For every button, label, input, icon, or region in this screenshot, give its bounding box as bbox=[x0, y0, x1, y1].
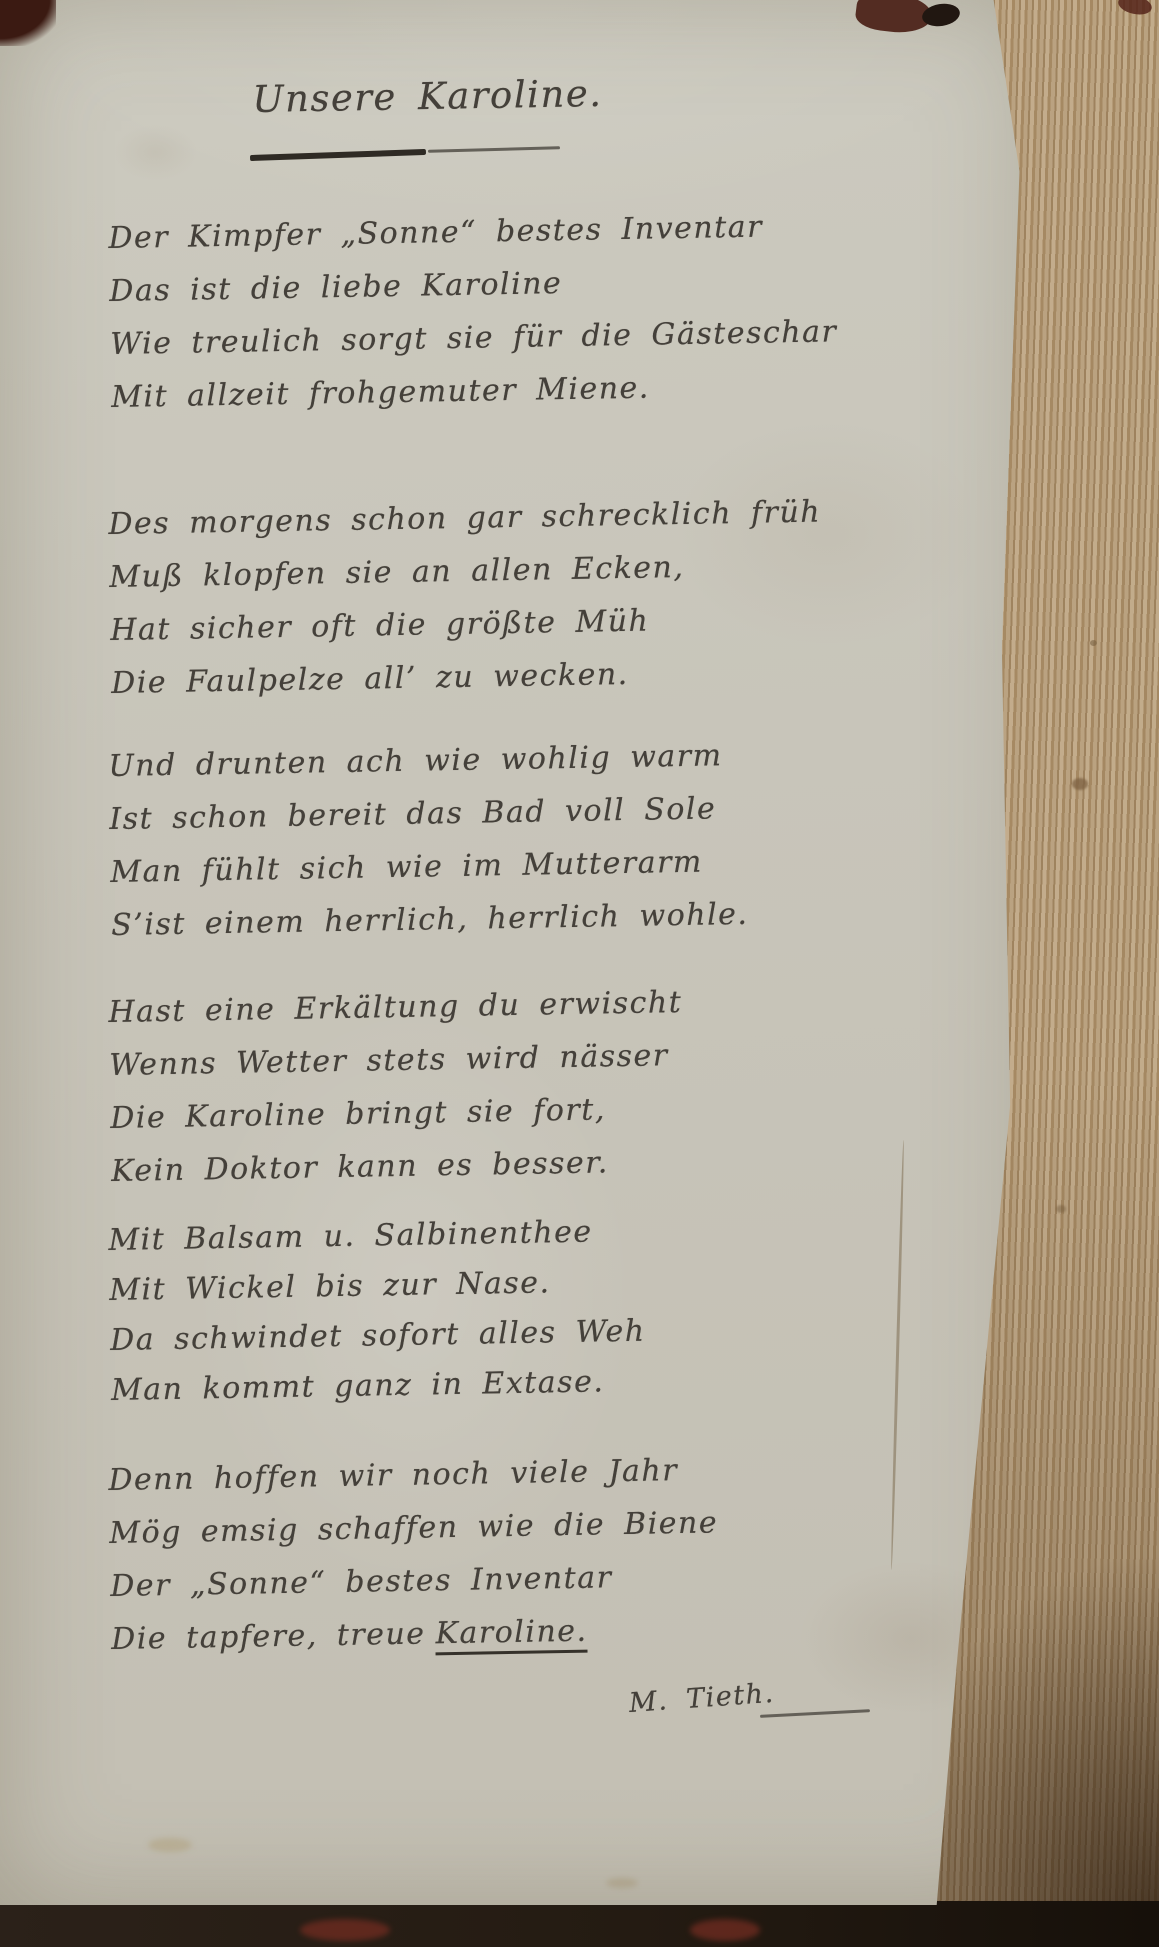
manuscript-photo: Unsere Karoline. Der Kimpfer „Sonne“ bes… bbox=[0, 0, 1159, 1947]
paper-stain bbox=[1090, 640, 1097, 646]
poem-line: Mög emsig schaffen wie die Biene bbox=[109, 1496, 719, 1560]
paper-stain bbox=[1056, 1205, 1066, 1213]
poem-line: Mit Balsam u. Salbinenthee bbox=[108, 1207, 644, 1266]
poem-final-line: Die tapfere, treueKaroline. bbox=[111, 1602, 721, 1666]
final-line-underlined-name: Karoline. bbox=[435, 1614, 588, 1656]
book-bottom-edge bbox=[0, 1901, 1159, 1947]
stanza-4: Hast eine Erkältung du erwischt Wenns We… bbox=[108, 976, 685, 1198]
stanza-6: Denn hoffen wir noch viele Jahr Mög emsi… bbox=[108, 1443, 720, 1666]
poem-title: Unsere Karoline. bbox=[252, 72, 603, 121]
poem-line: Kein Doktor kann es besser. bbox=[111, 1135, 686, 1198]
poem-line: S’ist einem herrlich, herrlich wohle. bbox=[111, 888, 749, 952]
stanza-2: Des morgens schon gar schrecklich früh M… bbox=[108, 486, 824, 710]
bottom-edge-red-mark bbox=[690, 1919, 760, 1941]
stanza-1: Der Kimpfer „Sonne“ bestes Inventar Das … bbox=[108, 199, 839, 424]
paper-stain bbox=[606, 1878, 638, 1888]
poem-line: Man kommt ganz in Extase. bbox=[111, 1357, 647, 1416]
final-line-prefix: Die tapfere, treue bbox=[111, 1616, 426, 1656]
paper-stain bbox=[148, 1838, 192, 1852]
stanza-3: Und drunten ach wie wohlig warm Ist scho… bbox=[108, 729, 749, 952]
paper-stain bbox=[1072, 778, 1088, 790]
bottom-edge-red-mark bbox=[300, 1919, 390, 1941]
corner-ink-mark bbox=[0, 0, 56, 46]
stanza-5: Mit Balsam u. Salbinenthee Mit Wickel bi… bbox=[108, 1207, 647, 1416]
